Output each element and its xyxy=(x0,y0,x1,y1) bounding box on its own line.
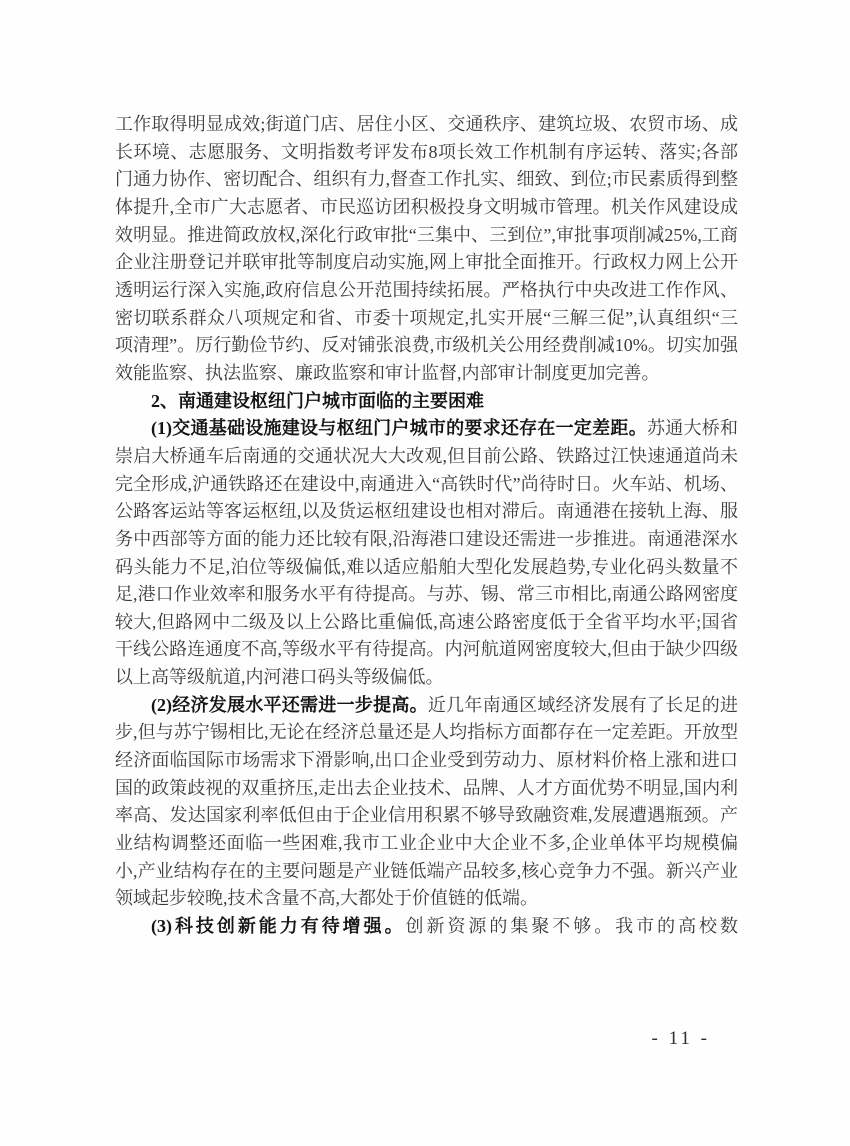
body-text: 工作取得明显成效;街道门店、居住小区、交通秩序、建筑垃圾、农贸市场、成长环境、志… xyxy=(115,114,738,383)
emphasis-text: (1)交通基础设施建设与枢纽门户城市的要求还存在一定差距。 xyxy=(151,418,647,438)
text-block: 工作取得明显成效;街道门店、居住小区、交通秩序、建筑垃圾、农贸市场、成长环境、志… xyxy=(115,111,738,941)
emphasis-text: (3)科技创新能力有待增强。 xyxy=(151,916,406,936)
paragraph-item-3: (3)科技创新能力有待增强。创新资源的集聚不够。我市的高校数 xyxy=(115,913,738,941)
emphasis-text: (2)经济发展水平还需进一步提高。 xyxy=(151,695,428,715)
paragraph-continuation: 工作取得明显成效;街道门店、居住小区、交通秩序、建筑垃圾、农贸市场、成长环境、志… xyxy=(115,111,738,388)
emphasis-text: 2、南通建设枢纽门户城市面临的主要困难 xyxy=(151,391,484,411)
section-heading: 2、南通建设枢纽门户城市面临的主要困难 xyxy=(115,388,738,416)
paragraph-item-1: (1)交通基础设施建设与枢纽门户城市的要求还存在一定差距。苏通大桥和崇启大桥通车… xyxy=(115,415,738,692)
body-text: 苏通大桥和崇启大桥通车后南通的交通状况大大改观,但目前公路、铁路过江快速通道尚未… xyxy=(115,418,738,687)
paragraph-item-2: (2)经济发展水平还需进一步提高。近几年南通区域经济发展有了长足的进步,但与苏宁… xyxy=(115,692,738,913)
body-text: 创新资源的集聚不够。我市的高校数 xyxy=(406,916,738,936)
page-number: - 11 - xyxy=(652,1028,710,1050)
document-page: 工作取得明显成效;街道门店、居住小区、交通秩序、建筑垃圾、农贸市场、成长环境、志… xyxy=(0,0,850,1146)
body-text: 近几年南通区域经济发展有了长足的进步,但与苏宁锡相比,无论在经济总量还是人均指标… xyxy=(115,695,738,909)
